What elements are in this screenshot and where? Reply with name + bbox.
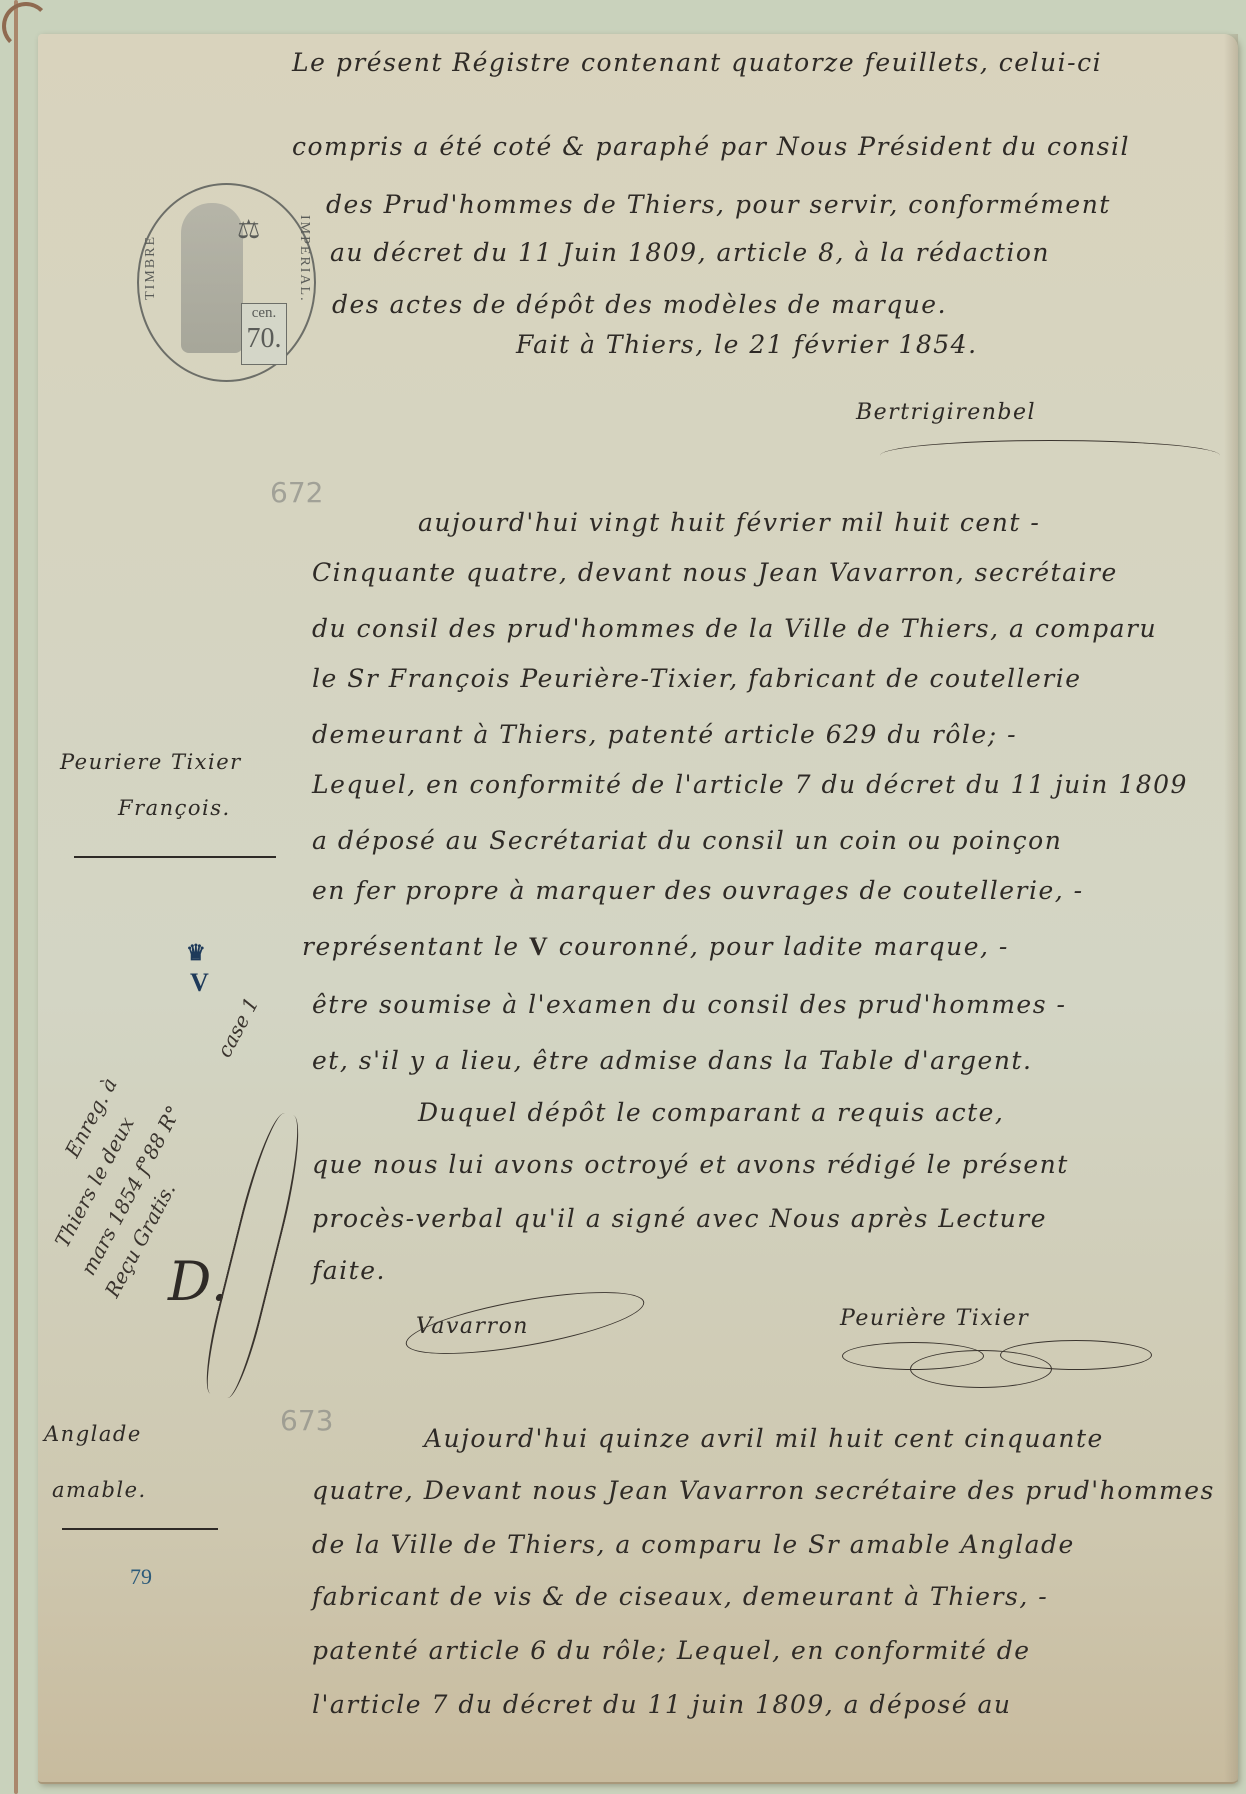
v-mark-icon: V xyxy=(190,968,209,998)
entry-1-line-4: le Sr François Peurière-Tixier, fabrican… xyxy=(312,664,1082,693)
entry-1-line-5: demeurant à Thiers, patenté article 629 … xyxy=(312,720,1017,749)
preamble-line-1: Le présent Régistre contenant quatorze f… xyxy=(292,48,1102,77)
entry-1-line-14: procès-verbal qu'il a signé avec Nous ap… xyxy=(312,1204,1047,1233)
entry-1-pencil-number: 672 xyxy=(270,476,323,509)
stamp-value-box: cen. 70. xyxy=(241,303,287,365)
entry-2-line-4: fabricant de vis & de ciseaux, demeurant… xyxy=(312,1582,1048,1611)
entry-1-line-9-cont: couronné, pour ladite marque, - xyxy=(559,932,1009,961)
entry-1-line-3: du consil des prud'hommes de la Ville de… xyxy=(312,614,1157,643)
margin-name-peuriere: Peuriere Tixier xyxy=(60,750,242,774)
stamp-text-right: IMPERIAL. xyxy=(296,215,312,303)
entry-2-line-2: quatre, Devant nous Jean Vavarron secrét… xyxy=(312,1476,1215,1505)
justice-figure-icon xyxy=(181,203,243,353)
margin-rule-2 xyxy=(62,1528,218,1530)
president-signature: Bertrigirenbel xyxy=(856,400,1036,425)
entry-1-line-12: Duquel dépôt le comparant a requis acte, xyxy=(418,1098,1004,1127)
stamp-value: 70. xyxy=(242,322,286,356)
entry-1-line-2: Cinquante quatre, devant nous Jean Vavar… xyxy=(312,558,1118,587)
signature-peuriere-tixier: Peurière Tixier xyxy=(840,1306,1029,1331)
entry-2-line-6: l'article 7 du décret du 11 juin 1809, a… xyxy=(312,1690,1011,1719)
entry-1-line-6: Lequel, en conformité de l'article 7 du … xyxy=(312,770,1188,799)
preamble-line-2: compris a été coté & paraphé par Nous Pr… xyxy=(292,132,1130,161)
imperial-revenue-stamp: ⚖ TIMBRE IMPERIAL. cen. 70. xyxy=(137,183,316,382)
entry-1-line-13: que nous lui avons octroyé et avons rédi… xyxy=(312,1150,1069,1179)
preamble-dateline: Fait à Thiers, le 21 février 1854. xyxy=(516,330,978,359)
entry-2-line-1: Aujourd'hui quinze avril mil huit cent c… xyxy=(424,1424,1104,1453)
binding-string xyxy=(14,0,18,1794)
scales-icon: ⚖ xyxy=(237,215,260,245)
margin-rule xyxy=(74,856,276,858)
crown-mark-icon: ♛ xyxy=(186,940,206,966)
folio-number: 79 xyxy=(130,1564,152,1590)
inline-v-mark: V xyxy=(529,932,549,961)
entry-1-line-11: et, s'il y a lieu, être admise dans la T… xyxy=(312,1046,1032,1075)
preamble-line-5: des actes de dépôt des modèles de marque… xyxy=(332,290,947,319)
stamp-unit: cen. xyxy=(242,304,286,322)
margin-name-anglade: Anglade xyxy=(44,1422,142,1446)
page-edge xyxy=(1224,34,1238,1782)
entry-2-line-3: de la Ville de Thiers, a comparu le Sr a… xyxy=(312,1530,1075,1559)
margin-name-francois: François. xyxy=(118,796,231,820)
entry-1-line-10: être soumise à l'examen du consil des pr… xyxy=(312,990,1066,1019)
margin-name-amable: amable. xyxy=(52,1478,147,1502)
entry-1-line-15: faite. xyxy=(312,1256,386,1285)
entry-1-line-9: représentant le V couronné, pour ladite … xyxy=(302,932,1009,962)
entry-2-line-5: patenté article 6 du rôle; Lequel, en co… xyxy=(312,1636,1031,1665)
entry-2-pencil-number: 673 xyxy=(280,1404,333,1437)
entry-1-line-9-text: représentant le xyxy=(302,932,520,961)
stamp-text-left: TIMBRE xyxy=(143,235,159,300)
entry-1-line-8: en fer propre à marquer des ouvrages de … xyxy=(312,876,1084,905)
entry-1-line-1: aujourd'hui vingt huit février mil huit … xyxy=(418,508,1040,537)
preamble-line-3: des Prud'hommes de Thiers, pour servir, … xyxy=(326,190,1111,219)
tixier-flourish-3 xyxy=(1000,1340,1152,1370)
entry-1-line-7: a déposé au Secrétariat du consil un coi… xyxy=(312,826,1062,855)
preamble-line-4: au décret du 11 Juin 1809, article 8, à … xyxy=(330,238,1050,267)
signature-flourish xyxy=(880,440,1220,471)
